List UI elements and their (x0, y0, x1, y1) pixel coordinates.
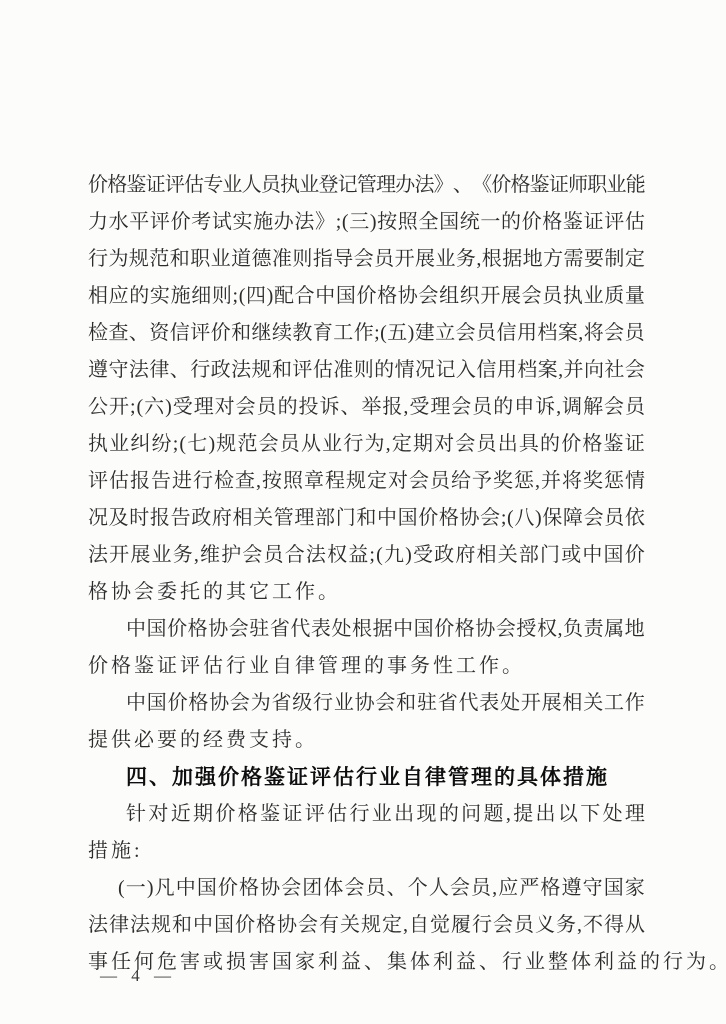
text-line: 格协会委托的其它工作。 (88, 574, 645, 611)
text-line: 价格鉴证评估专业人员执业登记管理办法》、《价格鉴证师职业能 (88, 167, 645, 204)
text-line: 中国价格协会驻省代表处根据中国价格协会授权,负责属地 (88, 611, 645, 648)
text-line: 况及时报告政府相关管理部门和中国价格协会;(八)保障会员依 (88, 500, 645, 537)
text-line: (一)凡中国价格协会团体会员、个人会员,应严格遵守国家 (88, 870, 645, 907)
text-line: 法律法规和中国价格协会有关规定,自觉履行会员义务,不得从 (88, 907, 645, 944)
text-line: 法开展业务,维护会员合法权益;(九)受政府相关部门或中国价 (88, 537, 645, 574)
page-number: — 4 — (100, 966, 176, 986)
text-line: 提供必要的经费支持。 (88, 722, 645, 759)
document-page: 价格鉴证评估专业人员执业登记管理办法》、《价格鉴证师职业能 力水平评价考试实施办… (0, 0, 726, 1024)
text-line: 检查、资信评价和继续教育工作;(五)建立会员信用档案,将会员 (88, 315, 645, 352)
text-line: 评估报告进行检查,按照章程规定对会员给予奖惩,并将奖惩情 (88, 463, 645, 500)
text-line: 价格鉴证评估行业自律管理的事务性工作。 (88, 648, 645, 685)
text-line: 中国价格协会为省级行业协会和驻省代表处开展相关工作 (88, 685, 645, 722)
document-body: 价格鉴证评估专业人员执业登记管理办法》、《价格鉴证师职业能 力水平评价考试实施办… (88, 167, 645, 981)
text-line: 遵守法律、行政法规和评估准则的情况记入信用档案,并向社会 (88, 352, 645, 389)
text-line: 力水平评价考试实施办法》;(三)按照全国统一的价格鉴证评估 (88, 204, 645, 241)
text-line: 行为规范和职业道德准则指导会员开展业务,根据地方需要制定 (88, 241, 645, 278)
text-line: 针对近期价格鉴证评估行业出现的问题,提出以下处理 (88, 796, 645, 833)
section-heading: 四、加强价格鉴证评估行业自律管理的具体措施 (88, 759, 645, 796)
text-line: 相应的实施细则;(四)配合中国价格协会组织开展会员执业质量 (88, 278, 645, 315)
text-line: 执业纠纷;(七)规范会员从业行为,定期对会员出具的价格鉴证 (88, 426, 645, 463)
text-line: 措施: (88, 833, 645, 870)
text-line: 公开;(六)受理对会员的投诉、举报,受理会员的申诉,调解会员 (88, 389, 645, 426)
